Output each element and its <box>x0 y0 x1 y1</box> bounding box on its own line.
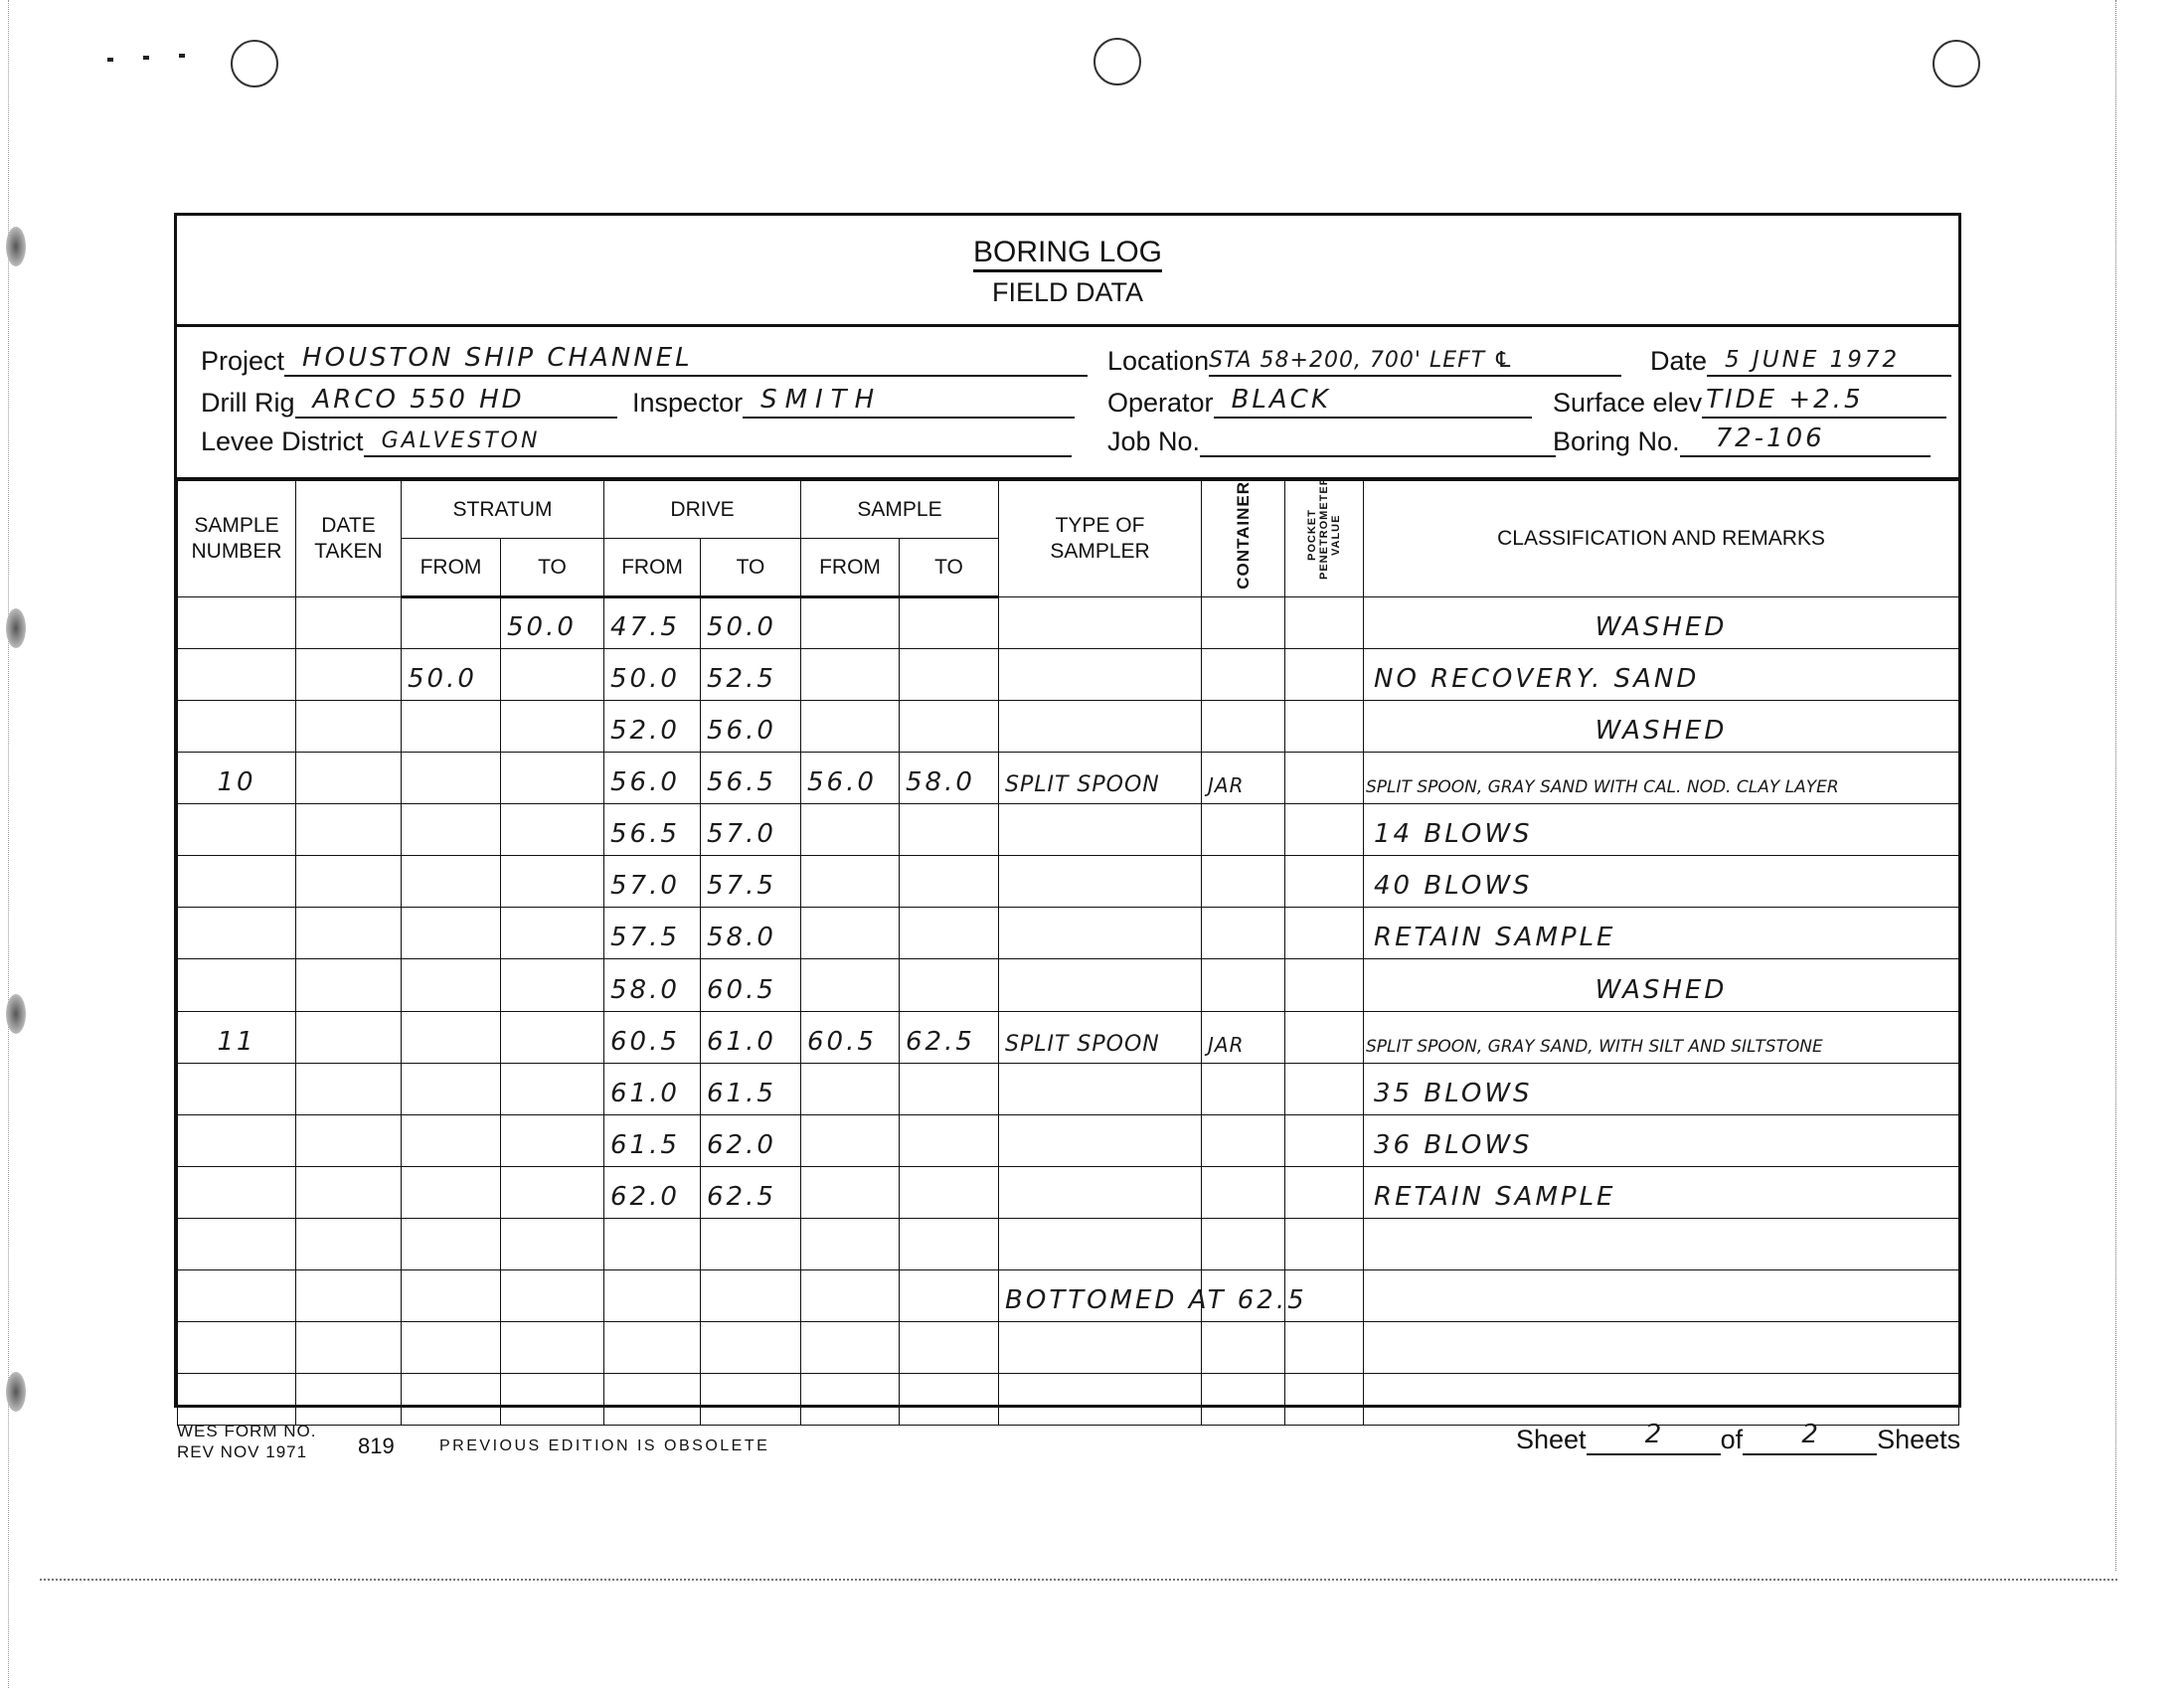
container-cell[interactable] <box>1202 648 1285 700</box>
page-edge <box>2115 0 2118 1571</box>
date-label: Date <box>1650 346 1707 377</box>
sample-to-value: 62.5 <box>906 1027 975 1057</box>
operator-value: BLACK <box>1232 385 1331 415</box>
sample-from-cell[interactable] <box>801 959 900 1011</box>
container-cell[interactable]: JAR <box>1202 753 1285 804</box>
project-value: HOUSTON SHIP CHANNEL <box>302 343 693 373</box>
drive-from-cell[interactable] <box>604 1374 701 1426</box>
col-drive-from: FROM <box>604 539 701 596</box>
sample-number-value: 10 <box>178 767 295 797</box>
stratum-to-cell[interactable] <box>501 856 604 908</box>
levee-district-input[interactable]: GALVESTON <box>364 422 1072 457</box>
drive-from-cell[interactable]: 50.0 <box>604 648 701 700</box>
remarks-cell[interactable]: 14 BLOWS <box>1364 804 1959 856</box>
date-taken-cell[interactable] <box>296 856 402 908</box>
table-row: 62.062.5RETAIN SAMPLE <box>178 1166 1959 1218</box>
container-cell[interactable] <box>1202 908 1285 959</box>
col-stratum-to: TO <box>501 539 604 596</box>
stratum-to-cell[interactable]: 50.0 <box>501 596 604 648</box>
container-cell[interactable] <box>1202 596 1285 648</box>
col-sample-number: SAMPLE NUMBER <box>178 481 296 597</box>
stratum-to-cell[interactable] <box>501 648 604 700</box>
stratum-from-cell[interactable] <box>402 908 501 959</box>
sample-number-cell[interactable] <box>178 804 296 856</box>
sampler-type-cell[interactable] <box>999 596 1202 648</box>
drive-to-cell[interactable]: 57.5 <box>701 856 801 908</box>
sample-number-cell[interactable] <box>178 959 296 1011</box>
drive-to-value: 57.5 <box>707 871 776 901</box>
pocket-penetrometer-cell[interactable] <box>1285 596 1364 648</box>
sampler-type-cell[interactable]: SPLIT SPOON <box>999 1011 1202 1063</box>
stratum-from-cell[interactable] <box>402 1063 501 1114</box>
date-taken-cell[interactable] <box>296 596 402 648</box>
table-row: 58.060.5WASHED <box>178 959 1959 1011</box>
date-taken-cell[interactable] <box>296 700 402 752</box>
drive-from-value: 60.5 <box>610 1027 680 1057</box>
sample-to-cell[interactable] <box>900 1166 999 1218</box>
sample-number-cell[interactable] <box>178 648 296 700</box>
sample-from-cell[interactable] <box>801 804 900 856</box>
drive-from-value: 50.0 <box>610 664 680 694</box>
pocket-penetrometer-cell[interactable] <box>1285 1322 1364 1374</box>
sampler-type-cell[interactable] <box>999 1114 1202 1166</box>
pocket-penetrometer-cell[interactable] <box>1285 1063 1364 1114</box>
stratum-to-cell[interactable] <box>501 1374 604 1426</box>
drive-from-value: 52.0 <box>610 716 680 746</box>
inspector-input[interactable]: SMITH <box>743 383 1075 419</box>
stratum-from-cell[interactable] <box>402 1322 501 1374</box>
project-label: Project <box>201 346 284 377</box>
drive-to-cell[interactable]: 62.5 <box>701 1166 801 1218</box>
drive-from-cell[interactable]: 56.5 <box>604 804 701 856</box>
drive-from-cell[interactable]: 52.0 <box>604 700 701 752</box>
container-cell[interactable] <box>1202 1374 1285 1426</box>
scan-speck <box>179 54 185 58</box>
drive-from-value: 62.0 <box>610 1182 680 1212</box>
stratum-from-cell[interactable]: 50.0 <box>402 648 501 700</box>
pocket-penetrometer-cell[interactable] <box>1285 648 1364 700</box>
container-cell[interactable] <box>1202 1166 1285 1218</box>
location-input[interactable]: STA 58+200, 700' LEFT ℄ <box>1209 341 1621 377</box>
container-value: JAR <box>1208 773 1244 797</box>
sample-from-cell[interactable] <box>801 1270 900 1322</box>
drive-to-value: 50.0 <box>707 612 776 642</box>
stratum-to-cell[interactable] <box>501 1011 604 1063</box>
remarks-cell[interactable]: 35 BLOWS <box>1364 1063 1959 1114</box>
date-taken-cell[interactable] <box>296 1270 402 1322</box>
form-number: 819 <box>358 1434 395 1459</box>
drive-to-cell[interactable]: 61.5 <box>701 1063 801 1114</box>
remarks-cell[interactable]: NO RECOVERY. SAND <box>1364 648 1959 700</box>
sample-to-cell[interactable] <box>900 700 999 752</box>
date-taken-cell[interactable] <box>296 1063 402 1114</box>
stratum-to-value: 50.0 <box>507 612 577 642</box>
sample-number-cell[interactable] <box>178 1270 296 1322</box>
drive-from-value: 58.0 <box>610 975 680 1005</box>
drive-from-value: 56.0 <box>610 767 680 797</box>
remarks-cell[interactable] <box>1364 1322 1959 1374</box>
drive-from-value: 61.0 <box>610 1079 680 1108</box>
drive-to-cell[interactable] <box>701 1322 801 1374</box>
stratum-from-value: 50.0 <box>408 664 477 694</box>
binding-mark-icon <box>6 1372 26 1412</box>
remarks-cell[interactable] <box>1364 1374 1959 1426</box>
sample-number-cell[interactable] <box>178 856 296 908</box>
drill-rig-field: Drill RigARCO 550 HD InspectorSMITH <box>201 383 1075 419</box>
drive-from-cell[interactable]: 58.0 <box>604 959 701 1011</box>
date-input[interactable]: 5 JUNE 1972 <box>1707 341 1951 377</box>
date-taken-cell[interactable] <box>296 753 402 804</box>
drive-from-value: 57.0 <box>610 871 680 901</box>
stratum-from-cell[interactable] <box>402 1374 501 1426</box>
inspector-label: Inspector <box>632 388 743 419</box>
operator-input[interactable]: BLACK <box>1214 383 1532 419</box>
container-cell[interactable] <box>1202 804 1285 856</box>
drive-from-cell[interactable]: 60.5 <box>604 1011 701 1063</box>
date-taken-cell[interactable] <box>296 1011 402 1063</box>
sample-number-cell[interactable] <box>178 1166 296 1218</box>
sample-to-cell[interactable] <box>900 596 999 648</box>
pocket-penetrometer-cell[interactable] <box>1285 1270 1364 1322</box>
pocket-penetrometer-cell[interactable] <box>1285 1374 1364 1426</box>
drive-from-cell[interactable] <box>604 1322 701 1374</box>
table-row <box>178 1218 1959 1269</box>
pocket-penetrometer-cell[interactable] <box>1285 753 1364 804</box>
pocket-penetrometer-cell[interactable] <box>1285 959 1364 1011</box>
container-cell[interactable] <box>1202 1063 1285 1114</box>
remarks-value: WASHED <box>1364 975 1958 1005</box>
surface-elev-field: Surface elevTIDE +2.5 <box>1553 383 1946 419</box>
drive-from-cell[interactable]: 61.0 <box>604 1063 701 1114</box>
sampler-type-cell[interactable] <box>999 1218 1202 1269</box>
stratum-from-cell[interactable] <box>402 596 501 648</box>
stratum-to-cell[interactable] <box>501 1114 604 1166</box>
date-taken-cell[interactable] <box>296 1166 402 1218</box>
sampler-type-cell[interactable]: BOTTOMED AT 62.5 <box>999 1270 1202 1322</box>
sample-number-cell[interactable] <box>178 1114 296 1166</box>
sample-to-cell[interactable] <box>900 908 999 959</box>
pocket-penetrometer-cell[interactable] <box>1285 908 1364 959</box>
binding-mark-icon <box>6 994 26 1034</box>
table-row: 50.047.550.0WASHED <box>178 596 1959 648</box>
form-number-label: WES FORM NO. REV NOV 1971 <box>177 1421 316 1462</box>
drive-to-value: 57.0 <box>707 819 776 849</box>
stratum-to-cell[interactable] <box>501 804 604 856</box>
remarks-cell[interactable]: SPLIT SPOON, GRAY SAND, WITH SILT AND SI… <box>1364 1011 1959 1063</box>
date-taken-cell[interactable] <box>296 1374 402 1426</box>
inspector-value: SMITH <box>760 385 882 415</box>
remarks-value: 14 BLOWS <box>1374 819 1533 849</box>
col-sample-to: TO <box>900 539 999 596</box>
date-taken-cell[interactable] <box>296 1114 402 1166</box>
sample-to-cell[interactable] <box>900 1114 999 1166</box>
project-input[interactable]: HOUSTON SHIP CHANNEL <box>284 341 1088 377</box>
drive-to-cell[interactable]: 57.0 <box>701 804 801 856</box>
sample-to-cell[interactable] <box>900 1322 999 1374</box>
pocket-penetrometer-header-text: POCKET PENETROMETER VALUE <box>1306 490 1342 580</box>
sample-to-cell[interactable] <box>900 1218 999 1269</box>
page-edge <box>40 1579 2117 1583</box>
levee-district-label: Levee District <box>201 426 364 457</box>
sampler-type-cell[interactable] <box>999 908 1202 959</box>
table-row: 52.056.0WASHED <box>178 700 1959 752</box>
drive-from-cell[interactable] <box>604 1270 701 1322</box>
stratum-to-cell[interactable] <box>501 1063 604 1114</box>
remarks-cell[interactable]: 36 BLOWS <box>1364 1114 1959 1166</box>
table-row: 1056.056.556.058.0SPLIT SPOONJARSPLIT SP… <box>178 753 1959 804</box>
drive-to-cell[interactable]: 52.5 <box>701 648 801 700</box>
stratum-to-cell[interactable] <box>501 753 604 804</box>
date-taken-cell[interactable] <box>296 959 402 1011</box>
stratum-to-cell[interactable] <box>501 908 604 959</box>
sheet-label: Sheet <box>1516 1425 1587 1454</box>
drive-from-cell[interactable]: 57.0 <box>604 856 701 908</box>
remarks-cell[interactable]: RETAIN SAMPLE <box>1364 908 1959 959</box>
drive-from-value: 56.5 <box>610 819 680 849</box>
date-taken-cell[interactable] <box>296 804 402 856</box>
drive-to-value: 62.5 <box>707 1182 776 1212</box>
remarks-value: NO RECOVERY. SAND <box>1374 664 1699 694</box>
sample-number-cell[interactable] <box>178 1322 296 1374</box>
col-container: CONTAINER <box>1202 481 1285 597</box>
drive-to-cell[interactable]: 61.0 <box>701 1011 801 1063</box>
sample-number-cell[interactable] <box>178 1063 296 1114</box>
remarks-cell[interactable]: WASHED <box>1364 959 1959 1011</box>
container-cell[interactable] <box>1202 959 1285 1011</box>
form-no-line2: REV NOV 1971 <box>177 1441 316 1462</box>
sample-to-cell[interactable] <box>900 804 999 856</box>
sample-number-cell[interactable] <box>178 908 296 959</box>
sample-to-cell[interactable] <box>900 856 999 908</box>
sample-number-cell[interactable] <box>178 596 296 648</box>
remarks-cell[interactable]: RETAIN SAMPLE <box>1364 1166 1959 1218</box>
scan-speck <box>107 58 113 62</box>
punch-hole-icon <box>1932 40 1980 87</box>
drive-from-value: 57.5 <box>610 923 680 952</box>
date-field: Date5 JUNE 1972 <box>1650 341 1951 377</box>
container-cell[interactable] <box>1202 1218 1285 1269</box>
container-header-text: CONTAINER <box>1236 481 1251 590</box>
sample-from-cell[interactable] <box>801 1063 900 1114</box>
surface-elev-input[interactable]: TIDE +2.5 <box>1702 383 1946 419</box>
boring-log-form: BORING LOG FIELD DATA ProjectHOUSTON SHI… <box>174 213 1961 1408</box>
sheet-number-input[interactable]: 2 <box>1587 1424 1721 1455</box>
drive-to-cell[interactable] <box>701 1374 801 1426</box>
stratum-from-cell[interactable] <box>402 753 501 804</box>
stratum-from-cell[interactable] <box>402 700 501 752</box>
pocket-penetrometer-cell[interactable] <box>1285 1166 1364 1218</box>
boring-no-input[interactable]: 72-106 <box>1680 422 1931 457</box>
punch-hole-icon <box>231 40 278 87</box>
sample-to-cell[interactable] <box>900 648 999 700</box>
remarks-cell[interactable]: 40 BLOWS <box>1364 856 1959 908</box>
drive-to-cell[interactable] <box>701 1218 801 1269</box>
stratum-from-cell[interactable] <box>402 1114 501 1166</box>
sample-from-cell[interactable] <box>801 648 900 700</box>
drill-rig-value: ARCO 550 HD <box>313 385 525 415</box>
sample-from-cell[interactable] <box>801 908 900 959</box>
stratum-from-cell[interactable] <box>402 856 501 908</box>
stratum-to-cell[interactable] <box>501 959 604 1011</box>
form-title-text: BORING LOG <box>973 236 1162 272</box>
sampler-type-cell[interactable] <box>999 856 1202 908</box>
sample-from-cell[interactable] <box>801 700 900 752</box>
sample-from-cell[interactable]: 56.0 <box>801 753 900 804</box>
form-no-line1: WES FORM NO. <box>177 1421 316 1441</box>
scan-speck <box>143 56 149 60</box>
remarks-cell[interactable]: WASHED <box>1364 596 1959 648</box>
sample-to-cell[interactable] <box>900 1063 999 1114</box>
sample-from-value: 56.0 <box>807 767 877 797</box>
pocket-penetrometer-cell[interactable] <box>1285 1011 1364 1063</box>
drive-to-value: 56.5 <box>707 767 776 797</box>
sample-to-cell[interactable] <box>900 1374 999 1426</box>
pocket-penetrometer-cell[interactable] <box>1285 700 1364 752</box>
sample-from-cell[interactable] <box>801 1374 900 1426</box>
remarks-cell[interactable] <box>1364 1218 1959 1269</box>
stratum-from-cell[interactable] <box>402 1218 501 1269</box>
stratum-from-cell[interactable] <box>402 1270 501 1322</box>
sample-number-cell[interactable]: 10 <box>178 753 296 804</box>
sampler-type-cell[interactable] <box>999 1063 1202 1114</box>
table-row: 57.057.540 BLOWS <box>178 856 1959 908</box>
total-sheets-value: 2 <box>1743 1420 1877 1449</box>
table-row <box>178 1322 1959 1374</box>
drive-from-cell[interactable]: 61.5 <box>604 1114 701 1166</box>
stratum-to-cell[interactable] <box>501 700 604 752</box>
sampler-type-cell[interactable] <box>999 648 1202 700</box>
of-label: of <box>1721 1425 1744 1454</box>
job-no-label: Job No. <box>1107 426 1200 457</box>
remarks-cell[interactable] <box>1364 1270 1959 1322</box>
remarks-value: 36 BLOWS <box>1374 1130 1533 1160</box>
sample-to-cell[interactable] <box>900 1270 999 1322</box>
sheet-counter: Sheet2of2Sheets <box>1516 1424 1960 1455</box>
total-sheets-input[interactable]: 2 <box>1743 1424 1877 1455</box>
drive-to-cell[interactable]: 50.0 <box>701 596 801 648</box>
remarks-cell[interactable]: SPLIT SPOON, GRAY SAND WITH CAL. NOD. CL… <box>1364 753 1959 804</box>
drive-from-cell[interactable] <box>604 1218 701 1269</box>
date-value: 5 JUNE 1972 <box>1725 347 1900 373</box>
sample-to-cell[interactable] <box>900 959 999 1011</box>
surface-elev-value: TIDE +2.5 <box>1706 385 1863 415</box>
sampler-type-cell[interactable] <box>999 700 1202 752</box>
remarks-cell[interactable]: WASHED <box>1364 700 1959 752</box>
sampler-type-cell[interactable] <box>999 959 1202 1011</box>
stratum-to-cell[interactable] <box>501 1322 604 1374</box>
drive-to-value: 60.5 <box>707 975 776 1005</box>
sampler-type-cell[interactable] <box>999 1322 1202 1374</box>
remarks-value: SPLIT SPOON, GRAY SAND WITH CAL. NOD. CL… <box>1366 777 1839 797</box>
sampler-type-cell[interactable] <box>999 804 1202 856</box>
drive-to-cell[interactable]: 56.0 <box>701 700 801 752</box>
binding-mark-icon <box>6 227 26 266</box>
sample-from-cell[interactable] <box>801 1114 900 1166</box>
sample-from-cell[interactable] <box>801 596 900 648</box>
sampler-type-cell[interactable] <box>999 1166 1202 1218</box>
sample-from-cell[interactable] <box>801 1166 900 1218</box>
pocket-penetrometer-cell[interactable] <box>1285 1114 1364 1166</box>
drill-rig-input[interactable]: ARCO 550 HD <box>295 383 617 419</box>
sample-to-cell[interactable]: 62.5 <box>900 1011 999 1063</box>
table-row: BOTTOMED AT 62.5 <box>178 1270 1959 1322</box>
pocket-penetrometer-cell[interactable] <box>1285 804 1364 856</box>
stratum-to-cell[interactable] <box>501 1270 604 1322</box>
sample-from-cell[interactable] <box>801 1322 900 1374</box>
col-drive: DRIVE <box>604 481 801 539</box>
location-value: STA 58+200, 700' LEFT ℄ <box>1209 348 1514 373</box>
drive-to-value: 62.0 <box>707 1130 776 1160</box>
pocket-penetrometer-cell[interactable] <box>1285 1218 1364 1269</box>
drive-to-value: 58.0 <box>707 923 776 952</box>
container-cell[interactable] <box>1202 1114 1285 1166</box>
drive-to-cell[interactable] <box>701 1270 801 1322</box>
date-taken-cell[interactable] <box>296 648 402 700</box>
job-no-input[interactable] <box>1200 422 1556 457</box>
table-row: 57.558.0RETAIN SAMPLE <box>178 908 1959 959</box>
stratum-from-cell[interactable] <box>402 1011 501 1063</box>
title-band: BORING LOG FIELD DATA <box>177 216 1958 327</box>
boring-no-label: Boring No. <box>1553 426 1680 457</box>
sample-number-cell[interactable] <box>178 1218 296 1269</box>
date-taken-cell[interactable] <box>296 1218 402 1269</box>
sample-from-cell[interactable]: 60.5 <box>801 1011 900 1063</box>
drive-from-cell[interactable]: 47.5 <box>604 596 701 648</box>
table-row: 61.562.036 BLOWS <box>178 1114 1959 1166</box>
stratum-from-cell[interactable] <box>402 1166 501 1218</box>
container-cell[interactable] <box>1202 1322 1285 1374</box>
container-cell[interactable]: JAR <box>1202 1011 1285 1063</box>
pocket-penetrometer-cell[interactable] <box>1285 856 1364 908</box>
col-pocket-penetrometer: POCKET PENETROMETER VALUE <box>1285 481 1364 597</box>
drive-to-value: 56.0 <box>707 716 776 746</box>
drive-from-cell[interactable]: 56.0 <box>604 753 701 804</box>
stratum-to-cell[interactable] <box>501 1166 604 1218</box>
sample-from-cell[interactable] <box>801 1218 900 1269</box>
sampler-type-cell[interactable]: SPLIT SPOON <box>999 753 1202 804</box>
sample-from-cell[interactable] <box>801 856 900 908</box>
sample-to-cell[interactable]: 58.0 <box>900 753 999 804</box>
sample-number-cell[interactable] <box>178 1374 296 1426</box>
obsolete-note: PREVIOUS EDITION IS OBSOLETE <box>439 1437 769 1455</box>
table-row: 61.061.535 BLOWS <box>178 1063 1959 1114</box>
date-taken-cell[interactable] <box>296 908 402 959</box>
date-taken-cell[interactable] <box>296 1322 402 1374</box>
remarks-value: RETAIN SAMPLE <box>1374 1182 1615 1212</box>
sample-number-cell[interactable]: 11 <box>178 1011 296 1063</box>
drive-to-cell[interactable]: 60.5 <box>701 959 801 1011</box>
drive-from-cell[interactable]: 57.5 <box>604 908 701 959</box>
sampler-type-cell[interactable] <box>999 1374 1202 1426</box>
drive-to-cell[interactable]: 58.0 <box>701 908 801 959</box>
sampler-type-value: SPLIT SPOON <box>1005 1032 1160 1057</box>
stratum-to-cell[interactable] <box>501 1218 604 1269</box>
sampler-type-value: SPLIT SPOON <box>1005 772 1160 797</box>
container-cell[interactable] <box>1202 1270 1285 1322</box>
container-cell[interactable] <box>1202 856 1285 908</box>
drive-from-cell[interactable]: 62.0 <box>604 1166 701 1218</box>
remarks-value: RETAIN SAMPLE <box>1374 923 1615 952</box>
drive-to-cell[interactable]: 56.5 <box>701 753 801 804</box>
drive-to-value: 61.5 <box>707 1079 776 1108</box>
container-cell[interactable] <box>1202 700 1285 752</box>
surface-elev-label: Surface elev <box>1553 388 1702 419</box>
sample-number-cell[interactable] <box>178 700 296 752</box>
drive-to-cell[interactable]: 62.0 <box>701 1114 801 1166</box>
form-subtitle: FIELD DATA <box>177 277 1958 308</box>
stratum-from-cell[interactable] <box>402 959 501 1011</box>
stratum-from-cell[interactable] <box>402 804 501 856</box>
